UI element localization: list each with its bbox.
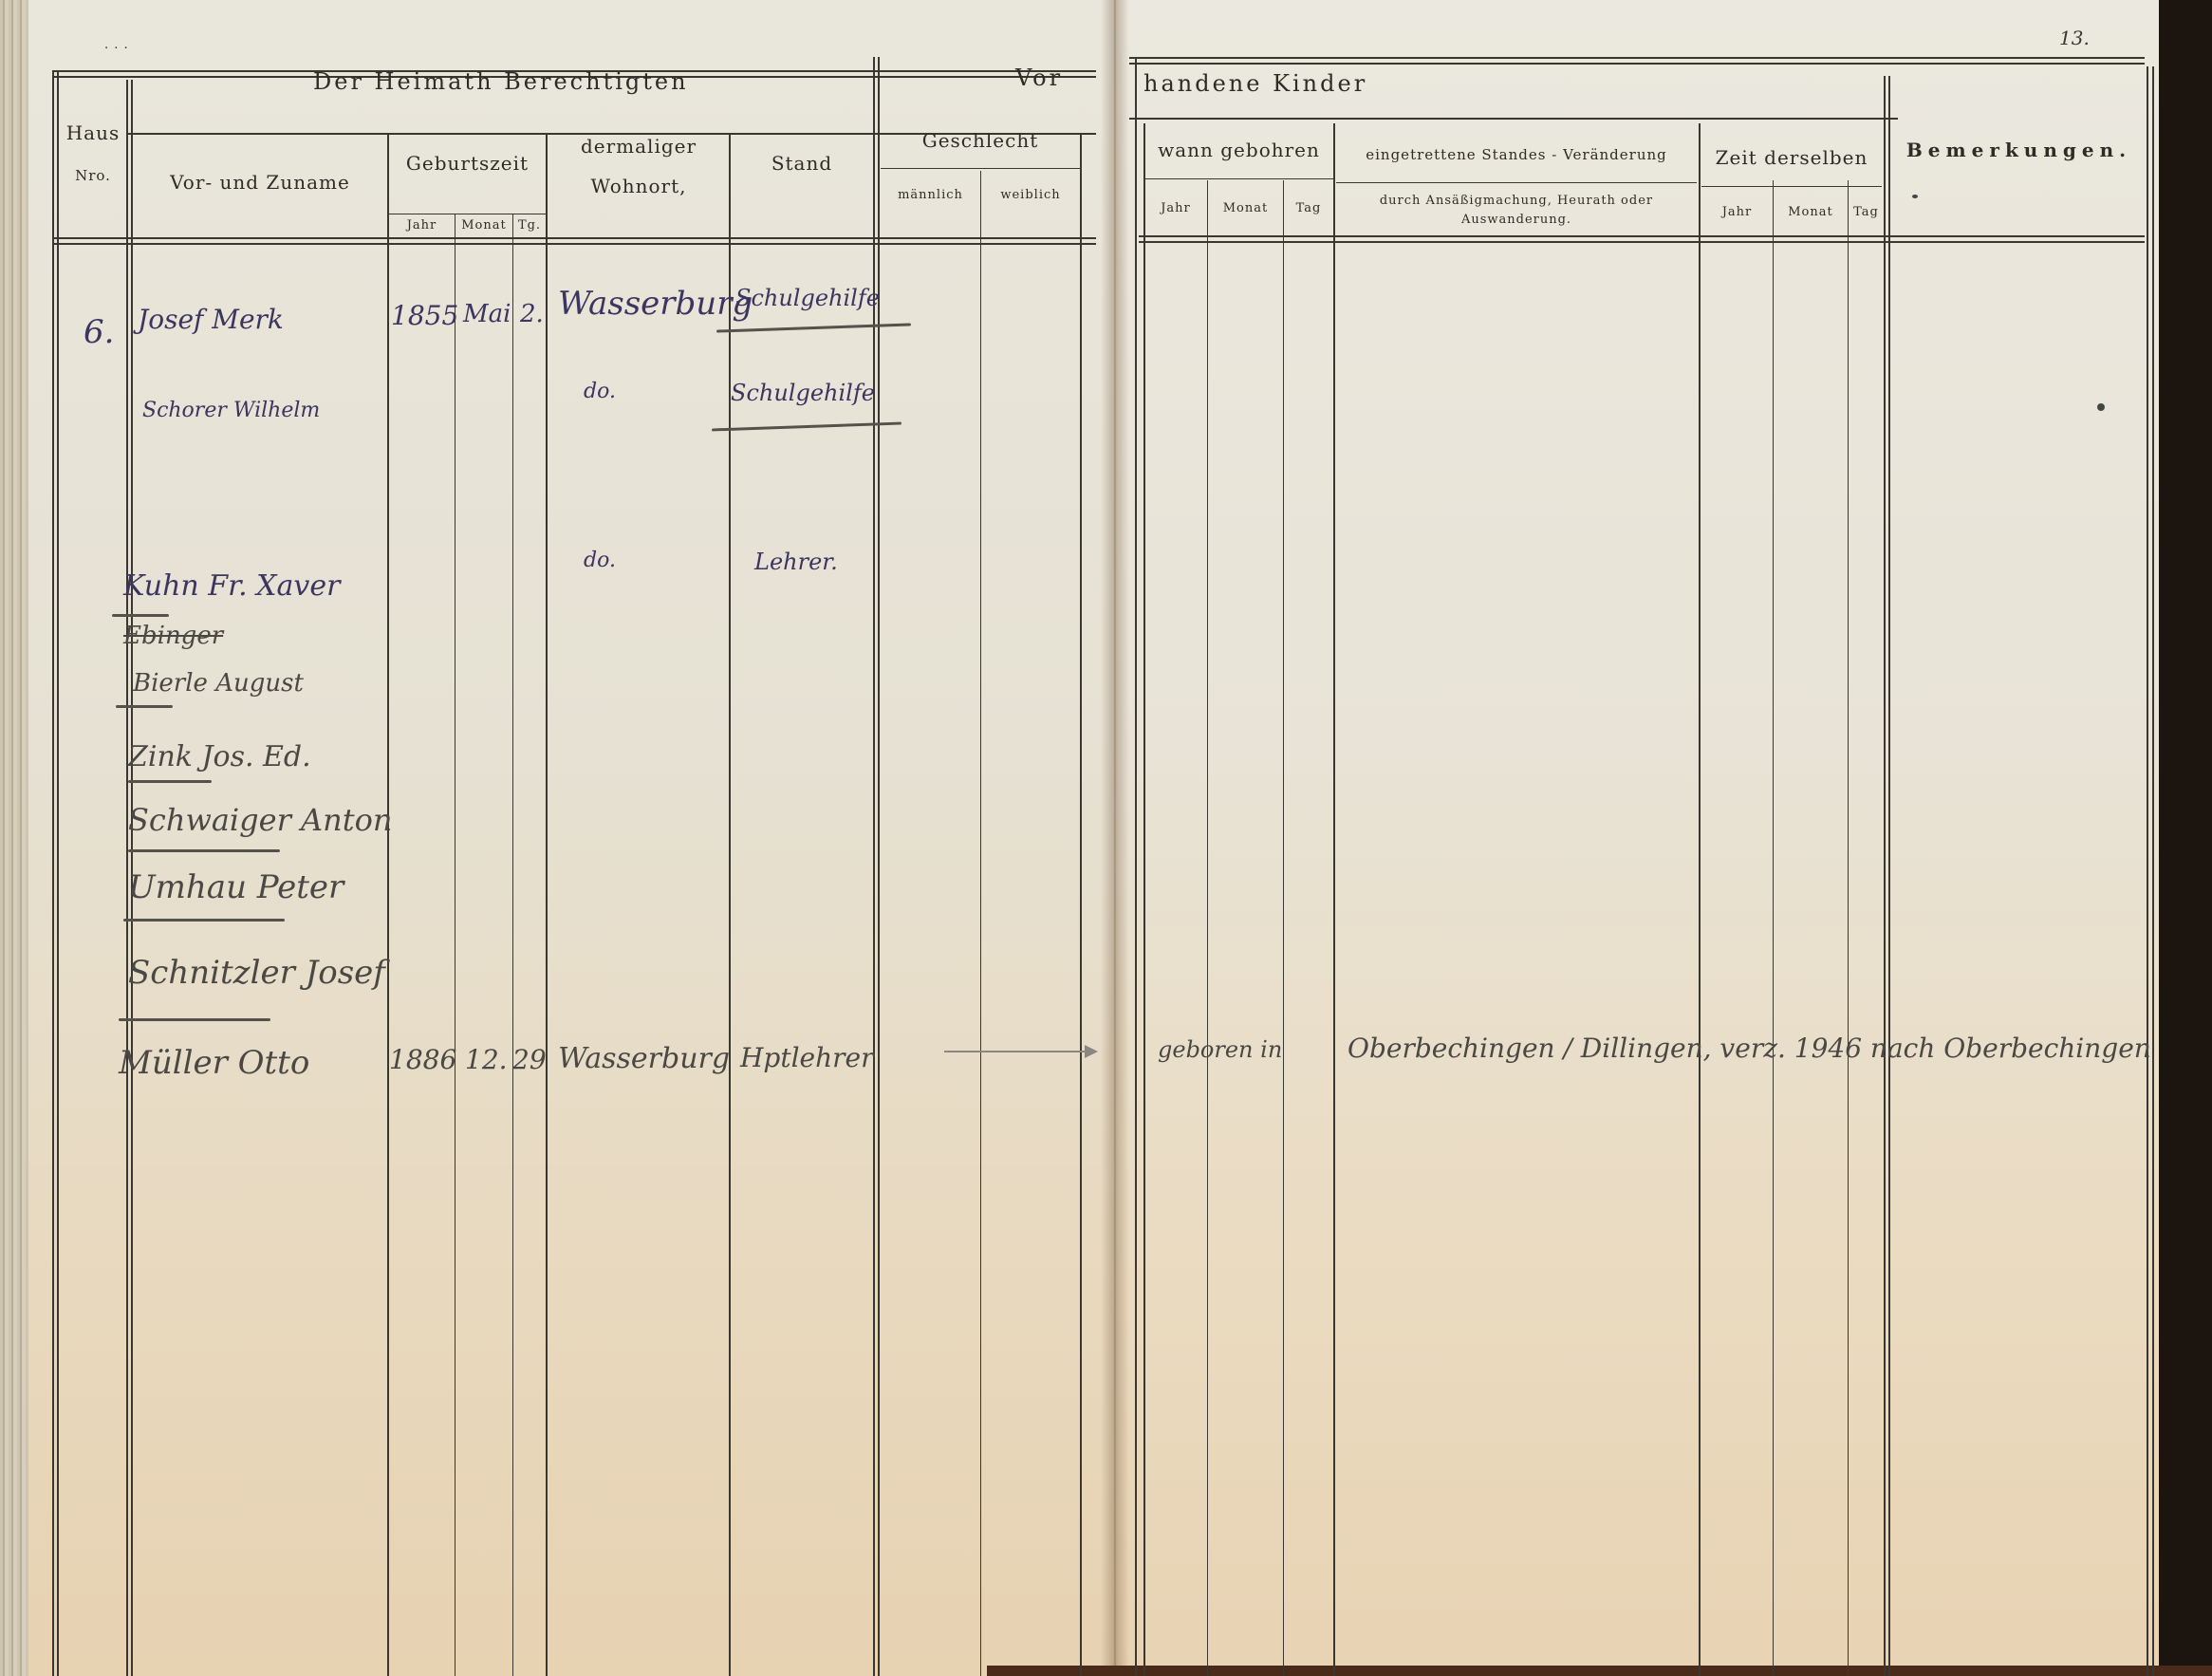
entry-birth-month: 12. bbox=[465, 1044, 508, 1075]
page-number: 13. bbox=[2059, 27, 2090, 49]
col-rule-right-outer bbox=[1135, 57, 1137, 1676]
col-rule-maennlich bbox=[980, 171, 981, 1676]
header-geb-monat: Monat bbox=[455, 218, 512, 233]
entry-haus-nro: 6. bbox=[84, 313, 114, 351]
header-nro: Nro. bbox=[60, 167, 126, 184]
entry-birth-month: Mai bbox=[463, 300, 511, 328]
header-wohnort: Wohnort, bbox=[548, 175, 729, 197]
col-rule-outer bbox=[52, 70, 54, 1676]
underline-name bbox=[112, 614, 169, 617]
entry-wohnort: Wasserburg bbox=[558, 285, 753, 323]
entry-name: Schorer Wilhelm bbox=[142, 399, 320, 422]
entry-birth-year: 1886 bbox=[389, 1044, 456, 1075]
right-arrow-icon bbox=[944, 1051, 1096, 1052]
col-rule-zeit-monat bbox=[1848, 180, 1849, 1676]
header-kind-monat: Monat bbox=[1208, 201, 1283, 215]
header-zeit-jahr: Jahr bbox=[1701, 205, 1773, 219]
col-rule-veraenderung bbox=[1699, 123, 1701, 1676]
top-left-marks: . . . bbox=[104, 38, 129, 52]
entry-name: Zink Jos. Ed. bbox=[128, 740, 311, 773]
rule-header-bottom-right-2 bbox=[1139, 241, 2145, 243]
header-dermaliger: dermaliger bbox=[548, 135, 729, 158]
col-rule-jahr bbox=[455, 214, 455, 1676]
entry-name: Müller Otto bbox=[119, 1044, 309, 1082]
rule-header-bottom-right bbox=[1139, 235, 2145, 237]
rule-header-bottom-2 bbox=[52, 243, 1096, 245]
entry-name: Umhau Peter bbox=[128, 868, 344, 906]
left-page bbox=[28, 0, 1120, 1676]
col-rule-name bbox=[387, 133, 389, 1676]
header-kind-jahr: Jahr bbox=[1144, 201, 1207, 215]
entry-name: Bierle August bbox=[133, 669, 304, 698]
entry-name: Kuhn Fr. Xaver bbox=[123, 569, 340, 603]
title-vor: Vor bbox=[1015, 65, 1063, 91]
right-page bbox=[1115, 0, 2159, 1676]
col-rule-zeit-derselben bbox=[1884, 76, 1886, 1676]
rule-zeit-sub bbox=[1701, 186, 1882, 187]
col-rule-wann-gebohren bbox=[1333, 123, 1335, 1676]
title-heimath-berechtigten: Der Heimath Berechtigten bbox=[313, 68, 689, 95]
header-vor-und-zuname: Vor- und Zuname bbox=[133, 171, 387, 194]
rule-veraenderung-sub bbox=[1336, 182, 1697, 183]
entry-birth-day: 29 bbox=[512, 1044, 547, 1075]
header-zeit-tag: Tag bbox=[1849, 205, 1884, 219]
rule-top-right-2 bbox=[1129, 63, 2145, 65]
rule-top-right bbox=[1129, 57, 2145, 59]
rule-title-under-right bbox=[1129, 118, 1898, 120]
header-wann-gebohren: wann gebohren bbox=[1144, 139, 1333, 161]
col-rule-zeit-derselben-2 bbox=[1888, 76, 1890, 1676]
col-rule-outer-2 bbox=[57, 70, 59, 1676]
header-geb-tag: Tg. bbox=[513, 218, 546, 233]
entry-name-struck: Ebinger bbox=[123, 622, 223, 650]
col-rule-kind-jahr-left bbox=[1143, 123, 1145, 1676]
underline-name bbox=[116, 705, 173, 708]
header-zeit-monat: Monat bbox=[1774, 205, 1848, 219]
open-register-book: . . . 13. Der Heimath Berechtigten Vor H… bbox=[0, 0, 2212, 1676]
col-rule-wohnort bbox=[729, 133, 731, 1676]
underline-name bbox=[128, 849, 280, 852]
header-geb-jahr: Jahr bbox=[389, 218, 455, 233]
header-haus: Haus bbox=[60, 121, 126, 144]
col-rule-weiblich bbox=[1080, 133, 1082, 1676]
entry-name: Schwaiger Anton bbox=[128, 802, 393, 838]
underline-name bbox=[123, 919, 285, 922]
header-kind-tag: Tag bbox=[1284, 201, 1333, 215]
ink-spot bbox=[2097, 403, 2105, 411]
entry-stand: Schulgehilfe bbox=[735, 285, 880, 311]
entry-wohnort: Wasserburg bbox=[558, 1042, 730, 1075]
header-durch-ansaessigmachung: durch Ansäßigmachung, Heurath oder bbox=[1336, 194, 1697, 208]
header-auswanderung: Auswanderung. bbox=[1336, 213, 1697, 227]
rule-geburtszeit-sub bbox=[389, 214, 546, 214]
annotation-birthplace-remark: Oberbechingen / Dillingen, verz. 1946 na… bbox=[1348, 1033, 2151, 1064]
book-gutter bbox=[1101, 0, 1129, 1676]
header-geschlecht: Geschlecht bbox=[881, 129, 1080, 152]
title-handene-kinder: handene Kinder bbox=[1143, 70, 1367, 97]
entry-stand: Lehrer. bbox=[754, 549, 838, 575]
rule-wann-sub bbox=[1144, 178, 1333, 179]
col-rule-kind-monat bbox=[1283, 180, 1284, 1676]
col-rule-kind-jahr bbox=[1207, 180, 1208, 1676]
col-rule-right-border-2 bbox=[2152, 66, 2154, 1676]
entry-wohnort: do. bbox=[584, 380, 616, 403]
header-geburtszeit: Geburtszeit bbox=[389, 152, 546, 175]
header-weiblich: weiblich bbox=[981, 188, 1080, 202]
annotation-born-in: geboren in bbox=[1158, 1036, 1282, 1063]
ink-mark bbox=[1912, 195, 1918, 198]
underline-name bbox=[128, 780, 212, 783]
header-standes-veraenderung: eingetrettene Standes - Veränderung bbox=[1336, 146, 1697, 163]
entry-wohnort: do. bbox=[584, 549, 616, 572]
entry-stand: Hptlehrer bbox=[740, 1042, 874, 1073]
background-right bbox=[2159, 0, 2212, 1676]
rule-header-bottom bbox=[52, 237, 1096, 239]
entry-name: Schnitzler Josef bbox=[128, 954, 385, 992]
entry-name: Josef Merk bbox=[138, 304, 284, 335]
col-rule-right-border bbox=[2147, 66, 2148, 1676]
header-stand: Stand bbox=[731, 152, 873, 175]
header-maennlich: männlich bbox=[881, 188, 980, 202]
col-rule-zeit-jahr bbox=[1773, 180, 1774, 1676]
entry-birth-year: 1855 bbox=[391, 300, 458, 331]
col-rule-monat bbox=[512, 214, 513, 1676]
col-rule-geburtszeit bbox=[546, 133, 548, 1676]
header-bemerkungen: Bemerkungen. bbox=[1891, 139, 2147, 161]
header-zeit-derselben: Zeit derselben bbox=[1701, 146, 1882, 169]
underline-name bbox=[119, 1018, 270, 1021]
entry-stand: Schulgehilfe bbox=[731, 380, 875, 406]
entry-birth-day: 2. bbox=[520, 300, 544, 328]
rule-geschlecht-sub bbox=[881, 168, 1080, 169]
table-surface bbox=[987, 1666, 2212, 1676]
